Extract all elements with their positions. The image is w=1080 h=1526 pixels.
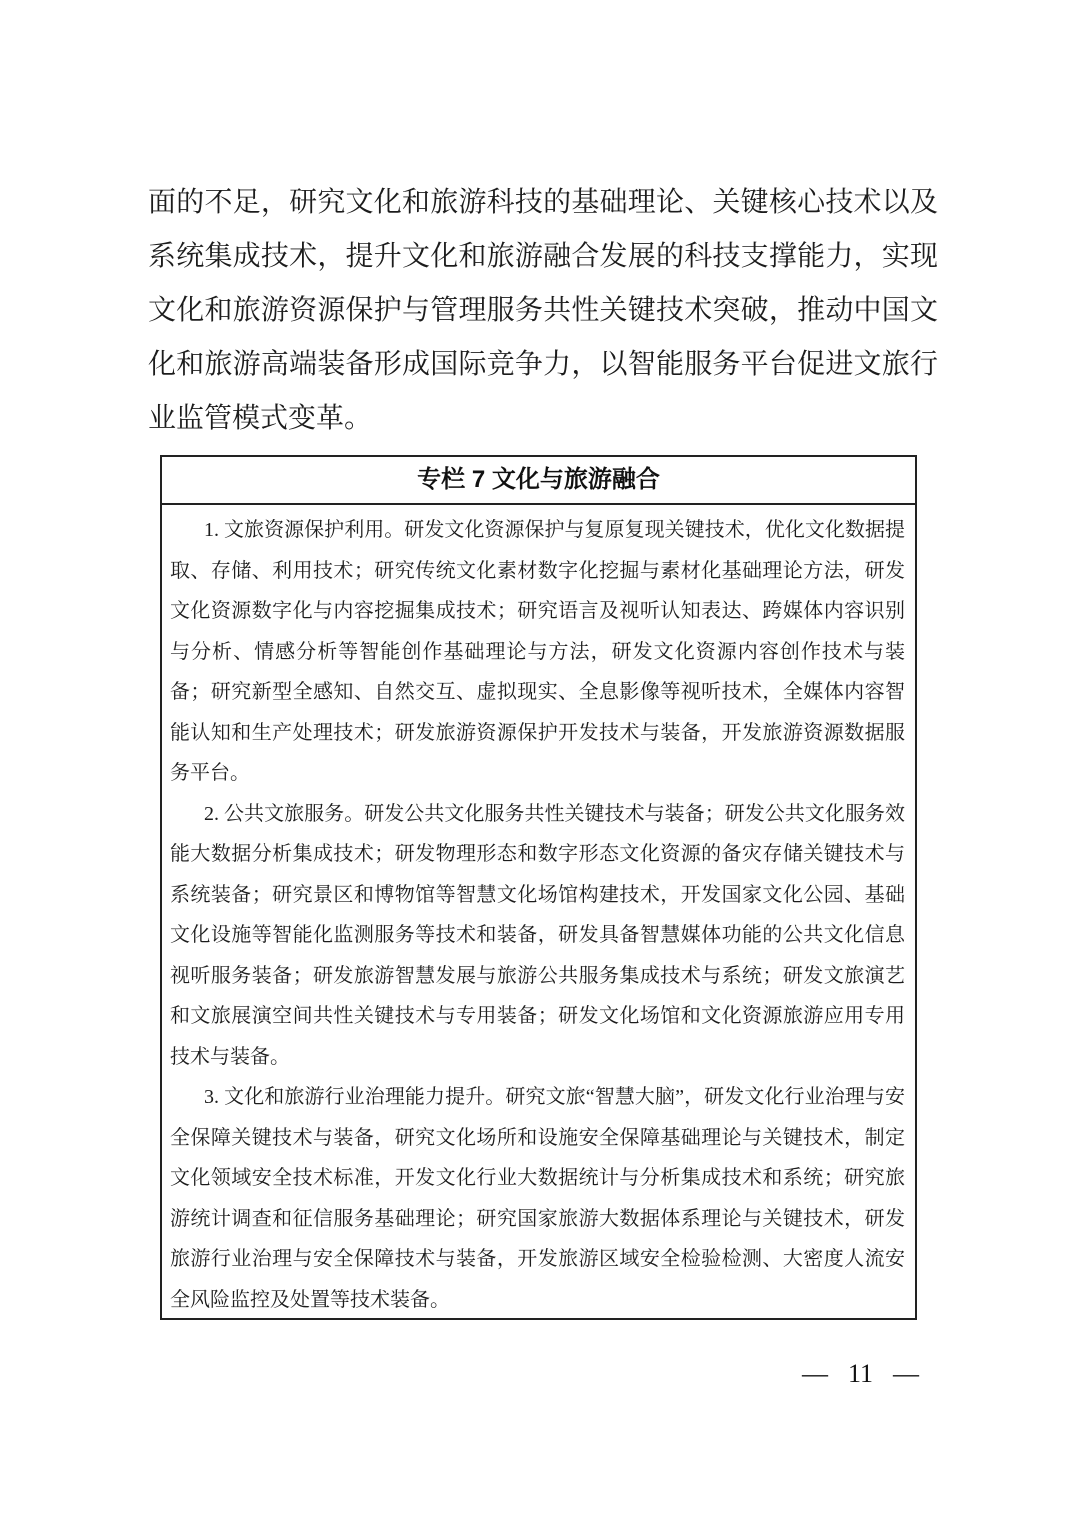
column-box-title: 专栏 7 文化与旅游融合 [162, 457, 915, 505]
box-paragraph-2: 2. 公共文旅服务。研发公共文化服务共性关键技术与装备；研发公共文化服务效能大数… [170, 794, 905, 1078]
page-number-dash-left: — [802, 1354, 828, 1394]
page-number-dash-right: — [893, 1354, 919, 1394]
column-box: 专栏 7 文化与旅游融合 1. 文旅资源保护利用。研发文化资源保护与复原复现关键… [160, 455, 917, 1320]
page-number-value: 11 [848, 1354, 873, 1394]
body-paragraph: 面的不足，研究文化和旅游科技的基础理论、关键核心技术以及系统集成技术，提升文化和… [148, 176, 938, 446]
box-paragraph-3: 3. 文化和旅游行业治理能力提升。研究文旅“智慧大脑”，研发文化行业治理与安全保… [170, 1077, 905, 1320]
page-number: — 11 — [802, 1354, 919, 1394]
column-box-body: 1. 文旅资源保护利用。研发文化资源保护与复原复现关键技术，优化文化数据提取、存… [162, 505, 915, 1320]
box-paragraph-1: 1. 文旅资源保护利用。研发文化资源保护与复原复现关键技术，优化文化数据提取、存… [170, 510, 905, 794]
document-page: 面的不足，研究文化和旅游科技的基础理论、关键核心技术以及系统集成技术，提升文化和… [0, 0, 1080, 1526]
